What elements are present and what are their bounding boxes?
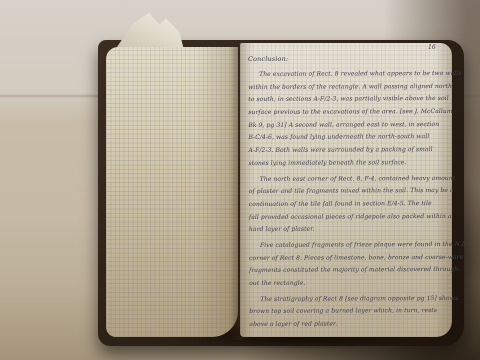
- handwriting-line: surface previous to the excavations of t…: [248, 106, 458, 120]
- handwriting-line: hard layer of plaster.: [249, 223, 459, 237]
- page-number: 16: [428, 44, 436, 51]
- handwriting-line: continuation of the tile fall found in s…: [249, 198, 459, 212]
- handwriting-line: corner of Rect 8. Pieces of limestone, b…: [249, 252, 459, 266]
- handwriting-line: of plaster and tile fragments mixed with…: [249, 185, 459, 199]
- handwriting-line: A-F/2-3. Both walls were surrounded by a…: [248, 144, 458, 158]
- notebook-photo: 16 Conclusion: The excavation of Rect. 8…: [0, 0, 480, 360]
- handwriting-line: fragments constituted the majority of ma…: [249, 264, 459, 278]
- handwriting-line: fall provided occasional pieces of ridge…: [249, 210, 459, 224]
- handwriting: Conclusion: The excavation of Rect. 8 re…: [248, 52, 459, 332]
- heading-conclusion: Conclusion:: [248, 52, 458, 66]
- handwriting-line: brown top soil covering a burned layer w…: [249, 305, 459, 319]
- spine-gutter-shadow: [229, 42, 249, 340]
- paragraph: The stratigraphy of Rect 8 [see diagram …: [249, 293, 459, 332]
- left-page-blank-grid: [106, 47, 238, 337]
- handwriting-line: within the borders of the rectangle. A w…: [248, 81, 458, 95]
- handwriting-line: Five catalogued fragments of frieze plaq…: [249, 239, 459, 253]
- handwriting-line: The excavation of Rect. 8 revealed what …: [248, 68, 458, 82]
- handwriting-line: The north east corner of Rect. 8, F-4, c…: [249, 172, 459, 186]
- handwriting-line: to south, in sections A-F/2-3, was parti…: [248, 93, 458, 107]
- handwriting-line: B-C/4-6, was found lying underneath the …: [248, 131, 458, 145]
- handwriting-line: Bk 9, pg 31] A second wall, arranged eas…: [248, 119, 458, 133]
- paper-bookmark-tab: [112, 12, 186, 52]
- paragraph: The excavation of Rect. 8 revealed what …: [248, 68, 459, 171]
- handwriting-paragraphs: The excavation of Rect. 8 revealed what …: [248, 68, 459, 332]
- handwriting-line: out the rectangle.: [249, 277, 459, 291]
- paragraph: The north east corner of Rect. 8, F-4, c…: [249, 172, 459, 237]
- handwriting-line: above a layer of red plaster.: [249, 318, 459, 332]
- paragraph: Five catalogued fragments of frieze plaq…: [249, 239, 459, 291]
- handwriting-line: stones lying immediately beneath the soi…: [249, 157, 459, 171]
- handwriting-line: The stratigraphy of Rect 8 [see diagram …: [249, 293, 459, 307]
